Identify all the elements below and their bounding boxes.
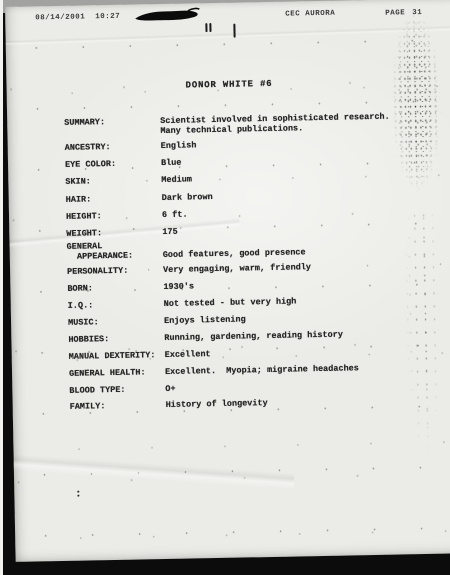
field-value: Good features, good presence — [163, 248, 306, 260]
field-label: BORN: — [67, 284, 93, 294]
field-value: O+ — [165, 385, 175, 395]
field-row-blood-type: BLOOD TYPE: O+ — [69, 380, 449, 397]
field-row-personality: PERSONALITY: Very engaging, warm, friend… — [67, 261, 447, 278]
field-label: ANCESTRY: — [65, 143, 111, 153]
field-value: Not tested - but very high — [164, 297, 297, 309]
field-label: HOBBIES: — [68, 335, 109, 345]
scanner-left-edge — [0, 0, 3, 575]
field-row-born: BORN: 1930's — [67, 278, 447, 295]
field-value: Medium — [161, 175, 192, 185]
field-row-music: MUSIC: Enjoys listening — [68, 312, 448, 329]
field-value: Blue — [161, 159, 182, 169]
field-label: BLOOD TYPE: — [69, 386, 125, 397]
field-value: 6 ft. — [162, 211, 188, 221]
field-label: SUMMARY: — [64, 118, 105, 128]
paper-crease — [13, 432, 294, 507]
fax-timestamp: 08/14/2001 10:27 — [35, 13, 120, 23]
field-row-manual-dexterity: MANUAL DEXTERITY: Excellent — [69, 346, 449, 363]
field-value: Very engaging, warm, friendly — [163, 263, 311, 275]
field-label: FAMILY: — [70, 402, 106, 412]
field-value: Excellent. Myopia; migraine headaches — [165, 364, 359, 377]
pen-tick-mark — [205, 23, 207, 32]
field-label: HEIGHT: — [66, 212, 102, 222]
toner-noise-tail — [401, 209, 447, 540]
pen-tick-mark — [233, 24, 235, 38]
page-number: 31 — [412, 9, 422, 17]
field-row-hobbies: HOBBIES: Running, gardening, reading his… — [68, 329, 448, 346]
field-label: I.Q.: — [68, 301, 94, 311]
field-value: Dark brown — [162, 193, 213, 203]
field-row-general-health: GENERAL HEALTH: Excellent. Myopia; migra… — [69, 363, 449, 380]
field-label: EYE COLOR: — [65, 160, 116, 170]
field-value: 1930's — [163, 282, 194, 292]
field-label: MUSIC: — [68, 318, 99, 328]
page-label: PAGE — [385, 9, 405, 17]
field-label: MANUAL DEXTERITY: — [69, 351, 156, 362]
redaction-mark — [133, 6, 202, 31]
field-value: Enjoys listening — [164, 315, 246, 326]
field-value: Scientist involved in sophisticated rese… — [160, 113, 390, 136]
scanned-document: 08/14/2001 10:27 CEC AURORA PAGE 31 DONO… — [0, 0, 450, 575]
field-row-summary: SUMMARY: Scientist involved in sophistic… — [64, 112, 444, 129]
field-value: 175 — [162, 228, 177, 238]
field-value: Running, gardening, reading history — [164, 331, 343, 344]
pen-tick-mark — [209, 23, 211, 32]
field-label: PERSONALITY: — [67, 267, 128, 278]
field-row-family: FAMILY: History of longevity — [70, 396, 450, 413]
field-value: English — [161, 141, 197, 151]
fax-station-id: CEC AURORA — [285, 10, 335, 19]
field-label: SKIN: — [65, 177, 91, 187]
field-value: History of longevity — [166, 399, 268, 410]
field-label: GENERAL APPEARANCE: — [67, 242, 134, 262]
field-label: HAIR: — [66, 195, 92, 205]
field-value: Excellent — [165, 350, 211, 360]
document-title: DONOR WHITE #6 — [156, 78, 301, 91]
document-page: 08/14/2001 10:27 CEC AURORA PAGE 31 DONO… — [5, 0, 450, 562]
field-row-iq: I.Q.: Not tested - but very high — [68, 295, 448, 312]
ink-speck — [77, 491, 79, 493]
field-label: WEIGHT: — [66, 229, 102, 239]
field-label: GENERAL HEALTH: — [69, 368, 146, 379]
